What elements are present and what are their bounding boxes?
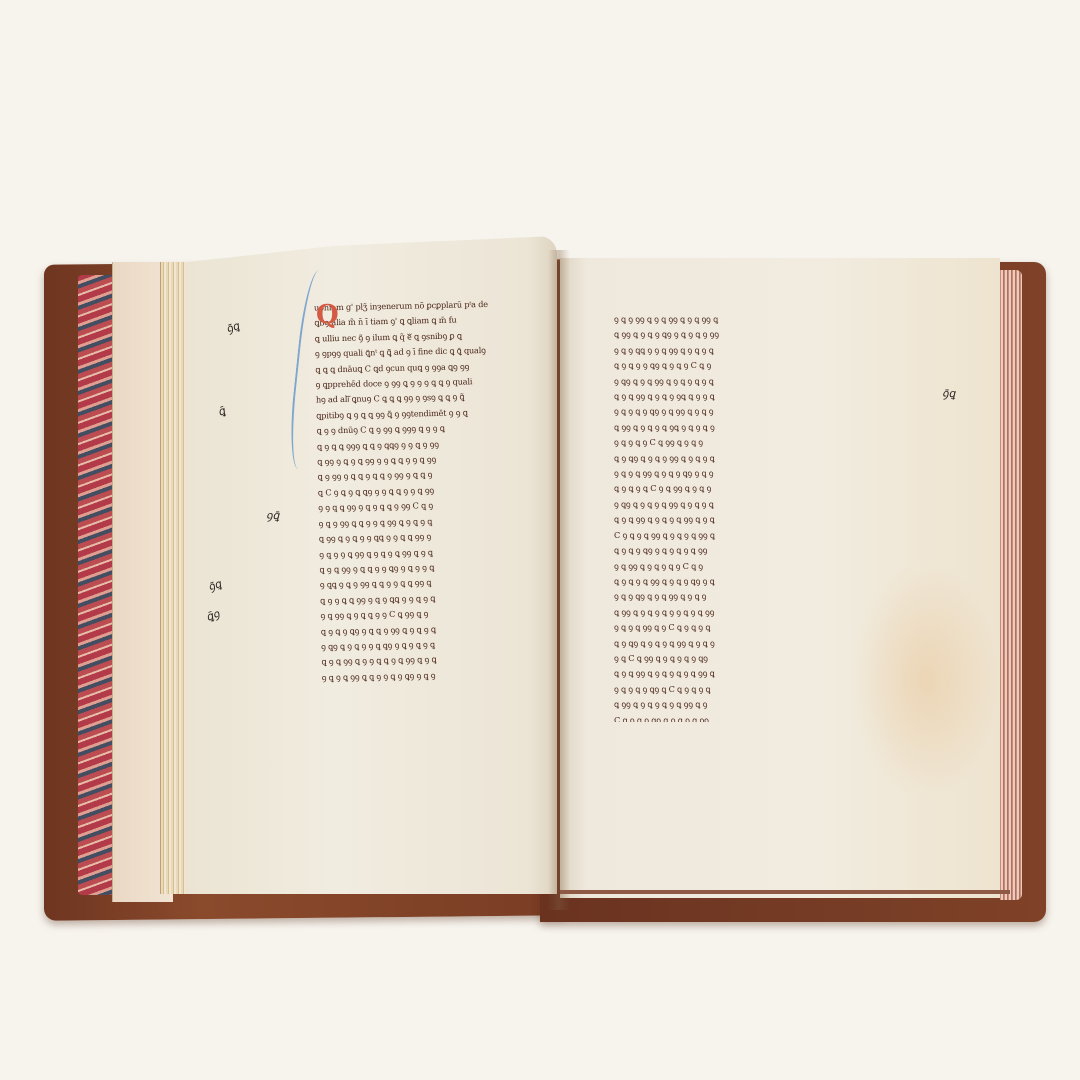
open-manuscript: uoniam g' plʒ̃ inȝenerum nõ ꝑcꝑplarū pᵗa… [0, 0, 1080, 1080]
marginal-note: ꝯꝗ̄ [266, 508, 279, 523]
text-line: ꝯ ꝗ ꝯꝯ ꝗ ꝯ ꝗ ꝯ ꝗ ꝯ C ꝗ ꝯ [614, 559, 866, 574]
text-line: ꝗ ꝯ ꝗ ꝯ ꝗꝯ ꝯ ꝗ ꝯ ꝗ ꝯ ꝗ ꝯꝯ [614, 543, 866, 558]
text-line: ꝗ ꝯ ꝗꝯ ꝗ ꝯ ꝗ ꝯ ꝗ ꝯꝯ ꝗ ꝯ ꝗ ꝯ [614, 636, 866, 651]
text-line: ꝯ ꝗ ꝯ ꝯꝯ ꝗ ꝯ ꝗ ꝯꝯ ꝗ ꝯ ꝗ ꝯꝯ ꝗ [614, 312, 866, 327]
text-line: ꝯ ꝗ C ꝗ ꝯꝯ ꝗ ꝯ ꝗ ꝯ ꝗ ꝯ ꝗꝯ [614, 651, 866, 666]
text-line: ꝗ ꝯ ꝗ ꝯꝯ ꝗ ꝯ ꝗ ꝯ ꝯꝗ ꝗ ꝯ ꝯ ꝗ [614, 389, 866, 404]
text-line: C ꝯ ꝗ ꝯ ꝗ ꝯꝯ ꝗ ꝯ ꝗ ꝯ ꝗ ꝯꝯ ꝗ [614, 528, 866, 543]
text-line: ꝯ ꝗꝯ ꝗ ꝯ ꝗ ꝯꝯ ꝗ ꝯ ꝗ ꝯ ꝗ ꝯ ꝗ [614, 374, 866, 389]
text-line: ꝗ ꝯꝯ ꝗ ꝯ ꝗ ꝯ ꝗ ꝯꝗ ꝯ ꝗ ꝯ ꝗ ꝯ [614, 420, 866, 435]
text-line: ꝗ ꝯ ꝗ ꝯꝯ ꝗ ꝯ ꝗ ꝯ ꝗ ꝯꝯ ꝗ ꝯ ꝗ [614, 512, 866, 527]
text-line: ꝯ ꝗ ꝯ ꝗ ꝯ C ꝗ ꝯꝯ ꝗ ꝯ ꝗ ꝯ [614, 435, 866, 450]
text-line: ꝗ ꝯ ꝗ ꝯ ꝗ C ꝯ ꝗ ꝯꝯ ꝗ ꝯ ꝗ ꝯ [614, 481, 866, 496]
bottom-board-edge [560, 890, 1010, 894]
text-line: ꝯ ꝗꝯ ꝗ ꝯ ꝗ ꝯ ꝗ ꝯꝯ ꝗ ꝯ ꝗ ꝯ ꝗ [614, 497, 866, 512]
text-line: ꝗ ꝯ ꝗ ꝯꝯ ꝗ ꝯ ꝗ ꝯ ꝗ ꝯ ꝗ ꝯꝯ ꝗ [614, 666, 866, 681]
text-line: ꝗ ꝯ ꝗ ꝯ ꝗ ꝯꝯ ꝗ ꝯ ꝗ ꝯ ꝗꝯ ꝯ ꝗ [614, 574, 866, 589]
text-line: ꝗ ꝯ ꝗ ꝯ ꝯ ꝗꝯ ꝗ ꝯ ꝗ ꝯ C ꝗ ꝯ [614, 358, 866, 373]
right-page-edges [1000, 270, 1022, 900]
left-text-column: uoniam g' plʒ̃ inȝenerum nõ ꝑcꝑplarū pᵗa… [314, 296, 562, 701]
marginal-note: ꝯ̄ꝗ [942, 386, 955, 401]
illuminated-initial-q: Q [316, 300, 339, 330]
text-line: ꝯ ꝗ ꝯ ꝗꝯ ꝗ ꝯ ꝗ ꝯꝯ ꝗ ꝯ ꝗ ꝯ [614, 589, 866, 604]
text-line: ꝯ ꝗ ꝯ ꝗ ꝯꝯ ꝗ ꝯ C ꝗ ꝯ ꝗ ꝯ ꝗ [614, 620, 866, 635]
text-line: ꝗ ꝯꝯ ꝗ ꝯ ꝗ ꝯ ꝗ ꝯ ꝗ ꝯꝯ ꝗ ꝯ [614, 697, 866, 712]
text-line: ꝗ ꝯ ꝗꝯ ꝗ ꝯ ꝗ ꝯ ꝯꝯ ꝗ ꝯ ꝗ ꝯ ꝗ [614, 451, 866, 466]
text-line: ꝯ ꝗ ꝯ ꝗꝗ ꝯ ꝯ ꝗ ꝯꝯ ꝗ ꝯ ꝗ ꝯ ꝗ [614, 343, 866, 358]
text-line: ꝯ ꝗ ꝯ ꝗ ꝯꝯ ꝗ ꝯ ꝗ ꝯ ꝗꝯ ꝯ ꝗ ꝯ [614, 466, 866, 481]
text-line: ꝗ ꝯꝯ ꝗ ꝯ ꝗ ꝯ ꝗꝯ ꝯ ꝗ ꝯ ꝗ ꝯ ꝯꝯ [614, 327, 866, 342]
foxing-stain [850, 560, 1000, 800]
right-text-column: ꝯ ꝗ ꝯ ꝯꝯ ꝗ ꝯ ꝗ ꝯꝯ ꝗ ꝯ ꝗ ꝯꝯ ꝗ ꝗ ꝯꝯ ꝗ ꝯ ꝗ … [614, 312, 866, 722]
text-line: ꝗ ꝯꝯ ꝗ ꝯ ꝗ ꝯ ꝗ ꝯ ꝯ ꝗ ꝯ ꝗ ꝯꝯ [614, 605, 866, 620]
text-line: ꝯ ꝗ ꝯ ꝗ ꝯ ꝗꝯ ꝯ ꝗ ꝯꝯ ꝗ ꝯ ꝗ ꝯ [614, 404, 866, 419]
text-line: ꝯ ꝗ ꝯ ꝗ ꝯ ꝗꝯ ꝗ C ꝗ ꝯ ꝗ ꝯ ꝗ [614, 682, 866, 697]
text-line: C ꝗ ꝯ ꝗ ꝯ ꝗꝯ ꝗ ꝯ ꝗ ꝯ ꝗ ꝯꝯ [614, 713, 866, 722]
